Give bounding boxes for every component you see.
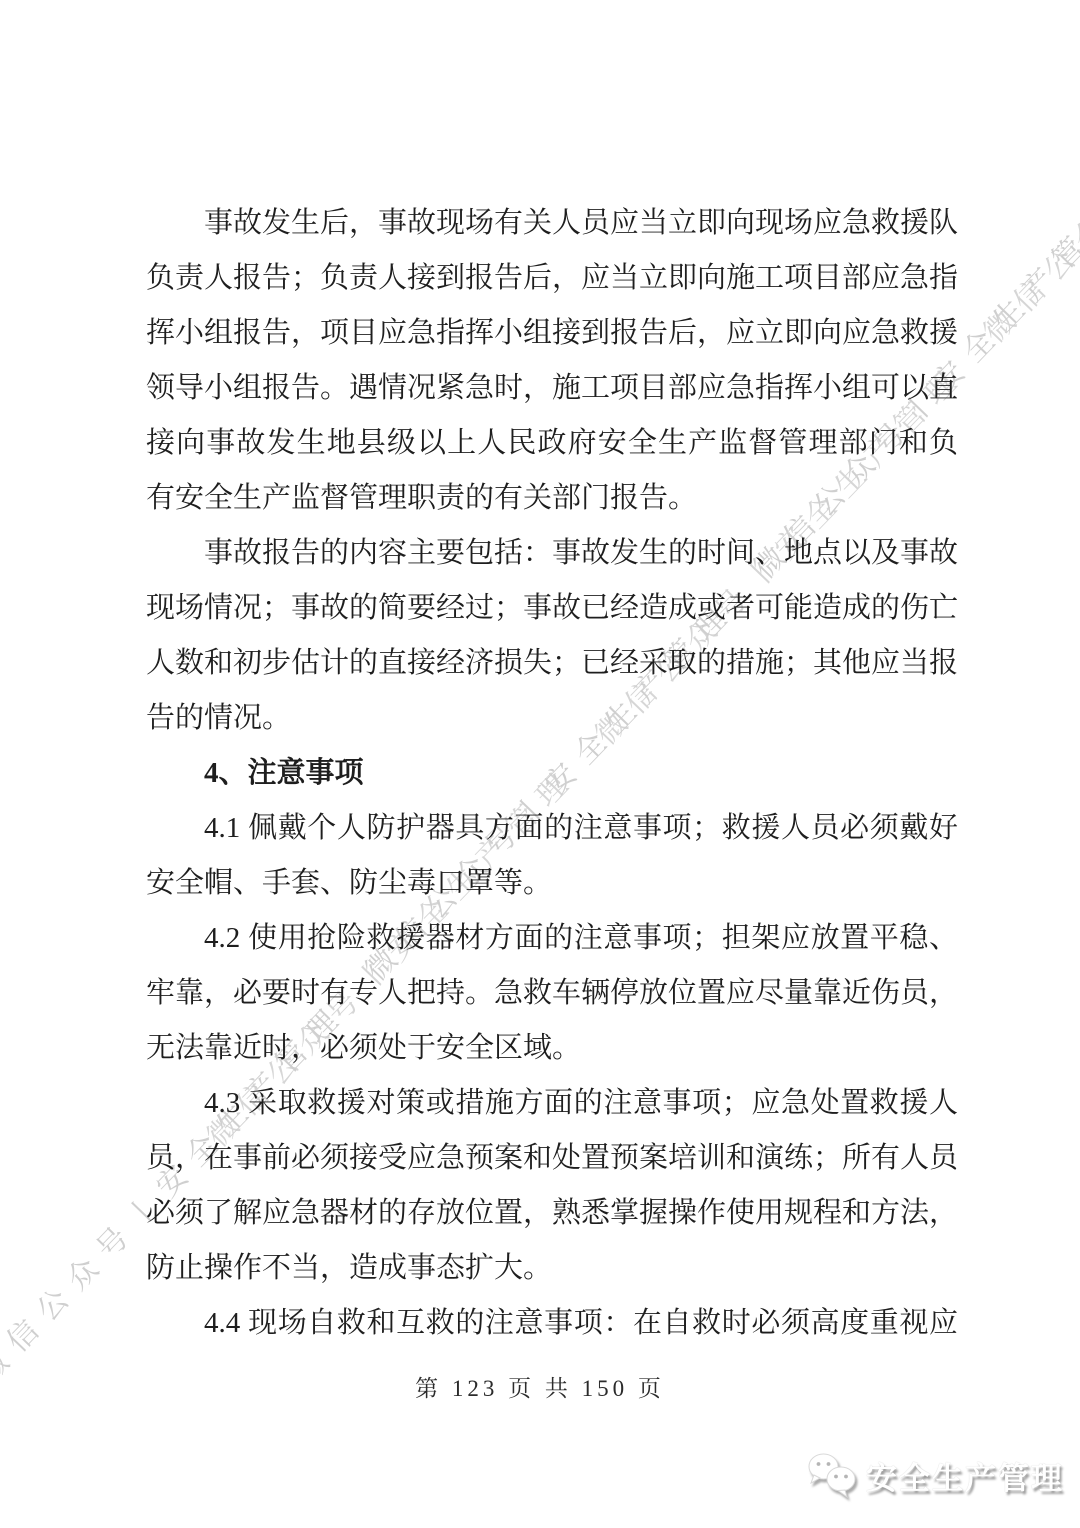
text-line: 防止操作不当，造成事态扩大。 (146, 1241, 958, 1296)
text-line: 负责人报告；负责人接到报告后，应当立即向施工项目部应急指 (146, 251, 958, 306)
document-page: 微信公众号丨安全生产管理 微信公众号丨安全生产管理 微信公众号丨安全生产管理 微… (0, 0, 1080, 1528)
wechat-icon (807, 1452, 859, 1498)
text-line: 员，在事前必须接受应急预案和处置预案培训和演练；所有人员 (146, 1131, 958, 1186)
text-line: 4.2 使用抢险救援器材方面的注意事项；担架应放置平稳、 (146, 911, 958, 966)
text-line: 4.1 佩戴个人防护器具方面的注意事项；救援人员必须戴好 (146, 801, 958, 856)
text-line: 必须了解应急器材的存放位置，熟悉掌握操作使用规程和方法， (146, 1186, 958, 1241)
brand-footer: 安全生产管理 (807, 1452, 1064, 1498)
text-line: 告的情况。 (146, 691, 958, 746)
text-line: 事故发生后，事故现场有关人员应当立即向现场应急救援队 (146, 196, 958, 251)
text-line: 领导小组报告。遇情况紧急时，施工项目部应急指挥小组可以直 (146, 361, 958, 416)
text-line: 事故报告的内容主要包括：事故发生的时间、地点以及事故 (146, 526, 958, 581)
text-line: 接向事故发生地县级以上人民政府安全生产监督管理部门和负 (146, 416, 958, 471)
text-line: 4、注意事项 (146, 746, 958, 801)
text-line: 4.3 采取救援对策或措施方面的注意事项；应急处置救援人 (146, 1076, 958, 1131)
text-line: 现场情况；事故的简要经过；事故已经造成或者可能造成的伤亡 (146, 581, 958, 636)
page-number: 第 123 页 共 150 页 (0, 1370, 1080, 1403)
text-line: 安全帽、手套、防尘毒口罩等。 (146, 856, 958, 911)
text-line: 牢靠，必要时有专人把持。急救车辆停放位置应尽量靠近伤员， (146, 966, 958, 1021)
text-line: 挥小组报告，项目应急指挥小组接到报告后，应立即向应急救援 (146, 306, 958, 361)
text-line: 4.4 现场自救和互救的注意事项：在自救时必须高度重视应 (146, 1296, 958, 1351)
text-line: 人数和初步估计的直接经济损失；已经采取的措施；其他应当报 (146, 636, 958, 691)
text-line: 有安全生产监督管理职责的有关部门报告。 (146, 471, 958, 526)
brand-name: 安全生产管理 (866, 1453, 1064, 1498)
document-body: 事故发生后，事故现场有关人员应当立即向现场应急救援队负责人报告；负责人接到报告后… (146, 196, 958, 1351)
text-line: 无法靠近时，必须处于安全区域。 (146, 1021, 958, 1076)
